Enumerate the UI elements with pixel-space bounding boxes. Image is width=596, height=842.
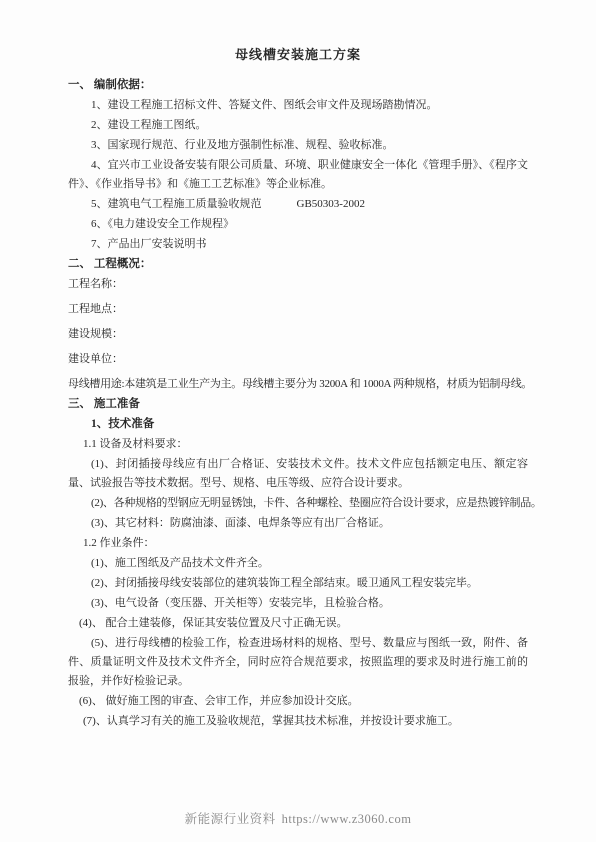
basis-item-5: 5、建筑电气工程施工质量验收规范GB50303-2002	[68, 195, 528, 214]
construction-scale-label: 建设规模：	[68, 325, 528, 344]
construction-owner-label: 建设单位：	[68, 350, 528, 369]
equipment-requirements-heading: 1.1 设备及材料要求：	[68, 435, 528, 454]
footer-watermark: 新能源行业资料https://www.z3060.com	[0, 809, 596, 827]
document-page: 母线槽安装施工方案 一、 编制依据： 1、建设工程施工招标文件、答疑文件、图纸会…	[0, 0, 596, 842]
basis-item-6: 6、《电力建设安全工作规程》	[68, 215, 528, 234]
tech-preparation-heading: 1、技术准备	[68, 415, 528, 434]
condition-item-7: (7)、认真学习有关的施工及验收规范，掌握其技术标准，并按设计要求施工。	[68, 712, 528, 731]
condition-item-6: (6)、 做好施工图的审查、会审工作，并应参加设计交底。	[68, 692, 528, 711]
condition-item-1: (1)、施工图纸及产品技术文件齐全。	[68, 554, 528, 573]
condition-item-5: (5)、进行母线槽的检验工作，检查进场材料的规格、型号、数量应与图纸一致，附件、…	[68, 634, 528, 691]
equipment-item-1: (1)、封闭插接母线应有出厂合格证、安装技术文件。技术文件应包括额定电压、额定容…	[68, 455, 528, 493]
basis-heading: 一、 编制依据：	[68, 76, 528, 95]
overview-heading: 二、 工程概况：	[68, 255, 528, 274]
condition-item-4: (4)、 配合土建装修，保证其安装位置及尺寸正确无误。	[68, 614, 528, 633]
document-title: 母线槽安装施工方案	[68, 46, 528, 64]
basis-item-3: 3、国家现行规范、行业及地方强制性标准、规程、验收标准。	[68, 136, 528, 155]
basis-item-5-label: 5、建筑电气工程施工质量验收规范	[91, 198, 262, 210]
page-content: 母线槽安装施工方案 一、 编制依据： 1、建设工程施工招标文件、答疑文件、图纸会…	[0, 0, 596, 731]
watermark-source-text: 新能源行业资料	[185, 812, 276, 826]
preparation-heading: 三、 施工准备	[68, 395, 528, 414]
basis-item-7: 7、产品出厂安装说明书	[68, 235, 528, 254]
basis-item-5-standard-code: GB50303-2002	[297, 198, 365, 210]
basis-item-2: 2、建设工程施工图纸。	[68, 116, 528, 135]
condition-item-3: (3)、电气设备（变压器、开关柜等）安装完毕，且检验合格。	[68, 594, 528, 613]
basis-item-4: 4、宜兴市工业设备安装有限公司质量、环境、职业健康安全一体化《管理手册》、《程序…	[68, 156, 528, 194]
equipment-item-3: (3)、其它材料：防腐油漆、面漆、电焊条等应有出厂合格证。	[68, 514, 528, 533]
condition-item-2: (2)、封闭插接母线安装部位的建筑装饰工程全部结束。暖卫通风工程安装完毕。	[68, 574, 528, 593]
project-location-label: 工程地点：	[68, 300, 528, 319]
busway-usage-text: 母线槽用途:本建筑是工业生产为主。母线槽主要分为 3200A 和 1000A 两…	[68, 375, 528, 394]
equipment-item-2: (2)、各种规格的型钢应无明显锈蚀，卡件、各种螺栓、垫圈应符合设计要求，应是热镀…	[68, 494, 528, 513]
basis-item-1: 1、建设工程施工招标文件、答疑文件、图纸会审文件及现场踏勘情况。	[68, 96, 528, 115]
project-name-label: 工程名称：	[68, 275, 528, 294]
watermark-url-text: https://www.z3060.com	[282, 812, 412, 826]
work-conditions-heading: 1.2 作业条件：	[68, 534, 528, 553]
